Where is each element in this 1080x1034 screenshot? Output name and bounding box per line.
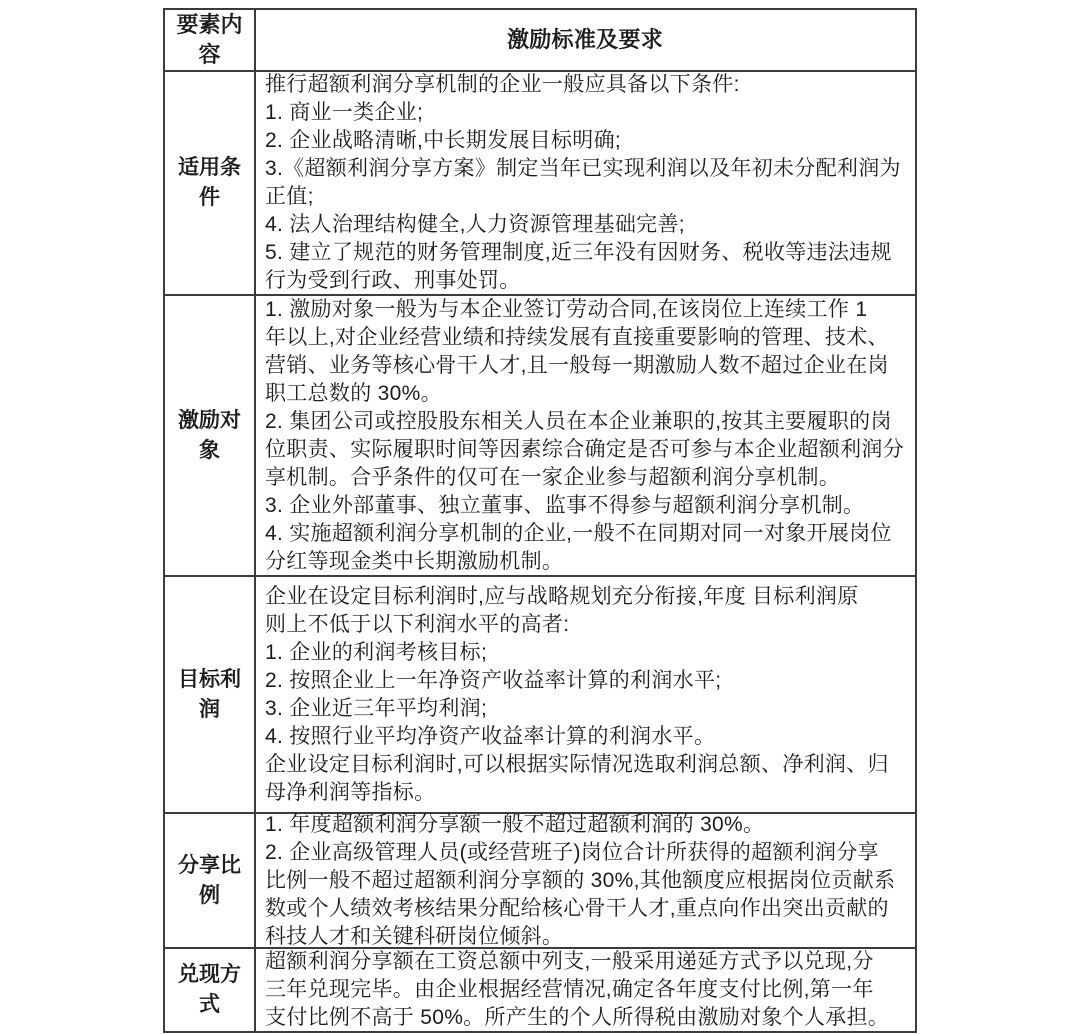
row-content-payout-method: 超额利润分享额在工资总额中列支,一般采用递延方式予以兑现,分 三年兑现完毕。由企… (256, 949, 915, 1031)
row-label-payout-method: 兑现方式 (165, 949, 256, 1031)
table-row-applicable-conditions: 适用条件 推行超额利润分享机制的企业一般应具备以下条件: 1. 商业一类企业; … (165, 70, 915, 294)
table-header-row: 要素内容 激励标准及要求 (165, 10, 915, 70)
table-row-target-profit: 目标利润 企业在设定目标利润时,应与战略规划充分衔接,年度 目标利润原 则上不低… (165, 575, 915, 812)
row-content-target-profit: 企业在设定目标利润时,应与战略规划充分衔接,年度 目标利润原 则上不低于以下利润… (256, 577, 915, 812)
incentive-standards-table: 要素内容 激励标准及要求 适用条件 推行超额利润分享机制的企业一般应具备以下条件… (163, 8, 917, 1033)
header-cell-element-content: 要素内容 (165, 10, 256, 70)
document-page: 要素内容 激励标准及要求 适用条件 推行超额利润分享机制的企业一般应具备以下条件… (0, 0, 1080, 1034)
table-row-incentive-targets: 激励对象 1. 激励对象一般为与本企业签订劳动合同,在该岗位上连续工作 1 年以… (165, 294, 915, 575)
row-content-applicable-conditions: 推行超额利润分享机制的企业一般应具备以下条件: 1. 商业一类企业; 2. 企业… (256, 72, 915, 294)
row-content-sharing-ratio: 1. 年度超额利润分享额一般不超过超额利润的 30%。 2. 企业高级管理人员(… (256, 814, 915, 947)
row-label-applicable-conditions: 适用条件 (165, 72, 256, 294)
row-label-target-profit: 目标利润 (165, 577, 256, 812)
header-cell-incentive-standards: 激励标准及要求 (256, 10, 915, 70)
table-row-sharing-ratio: 分享比例 1. 年度超额利润分享额一般不超过超额利润的 30%。 2. 企业高级… (165, 812, 915, 947)
row-label-sharing-ratio: 分享比例 (165, 814, 256, 947)
table-row-payout-method: 兑现方式 超额利润分享额在工资总额中列支,一般采用递延方式予以兑现,分 三年兑现… (165, 947, 915, 1031)
row-label-incentive-targets: 激励对象 (165, 296, 256, 575)
row-content-incentive-targets: 1. 激励对象一般为与本企业签订劳动合同,在该岗位上连续工作 1 年以上,对企业… (256, 296, 915, 575)
